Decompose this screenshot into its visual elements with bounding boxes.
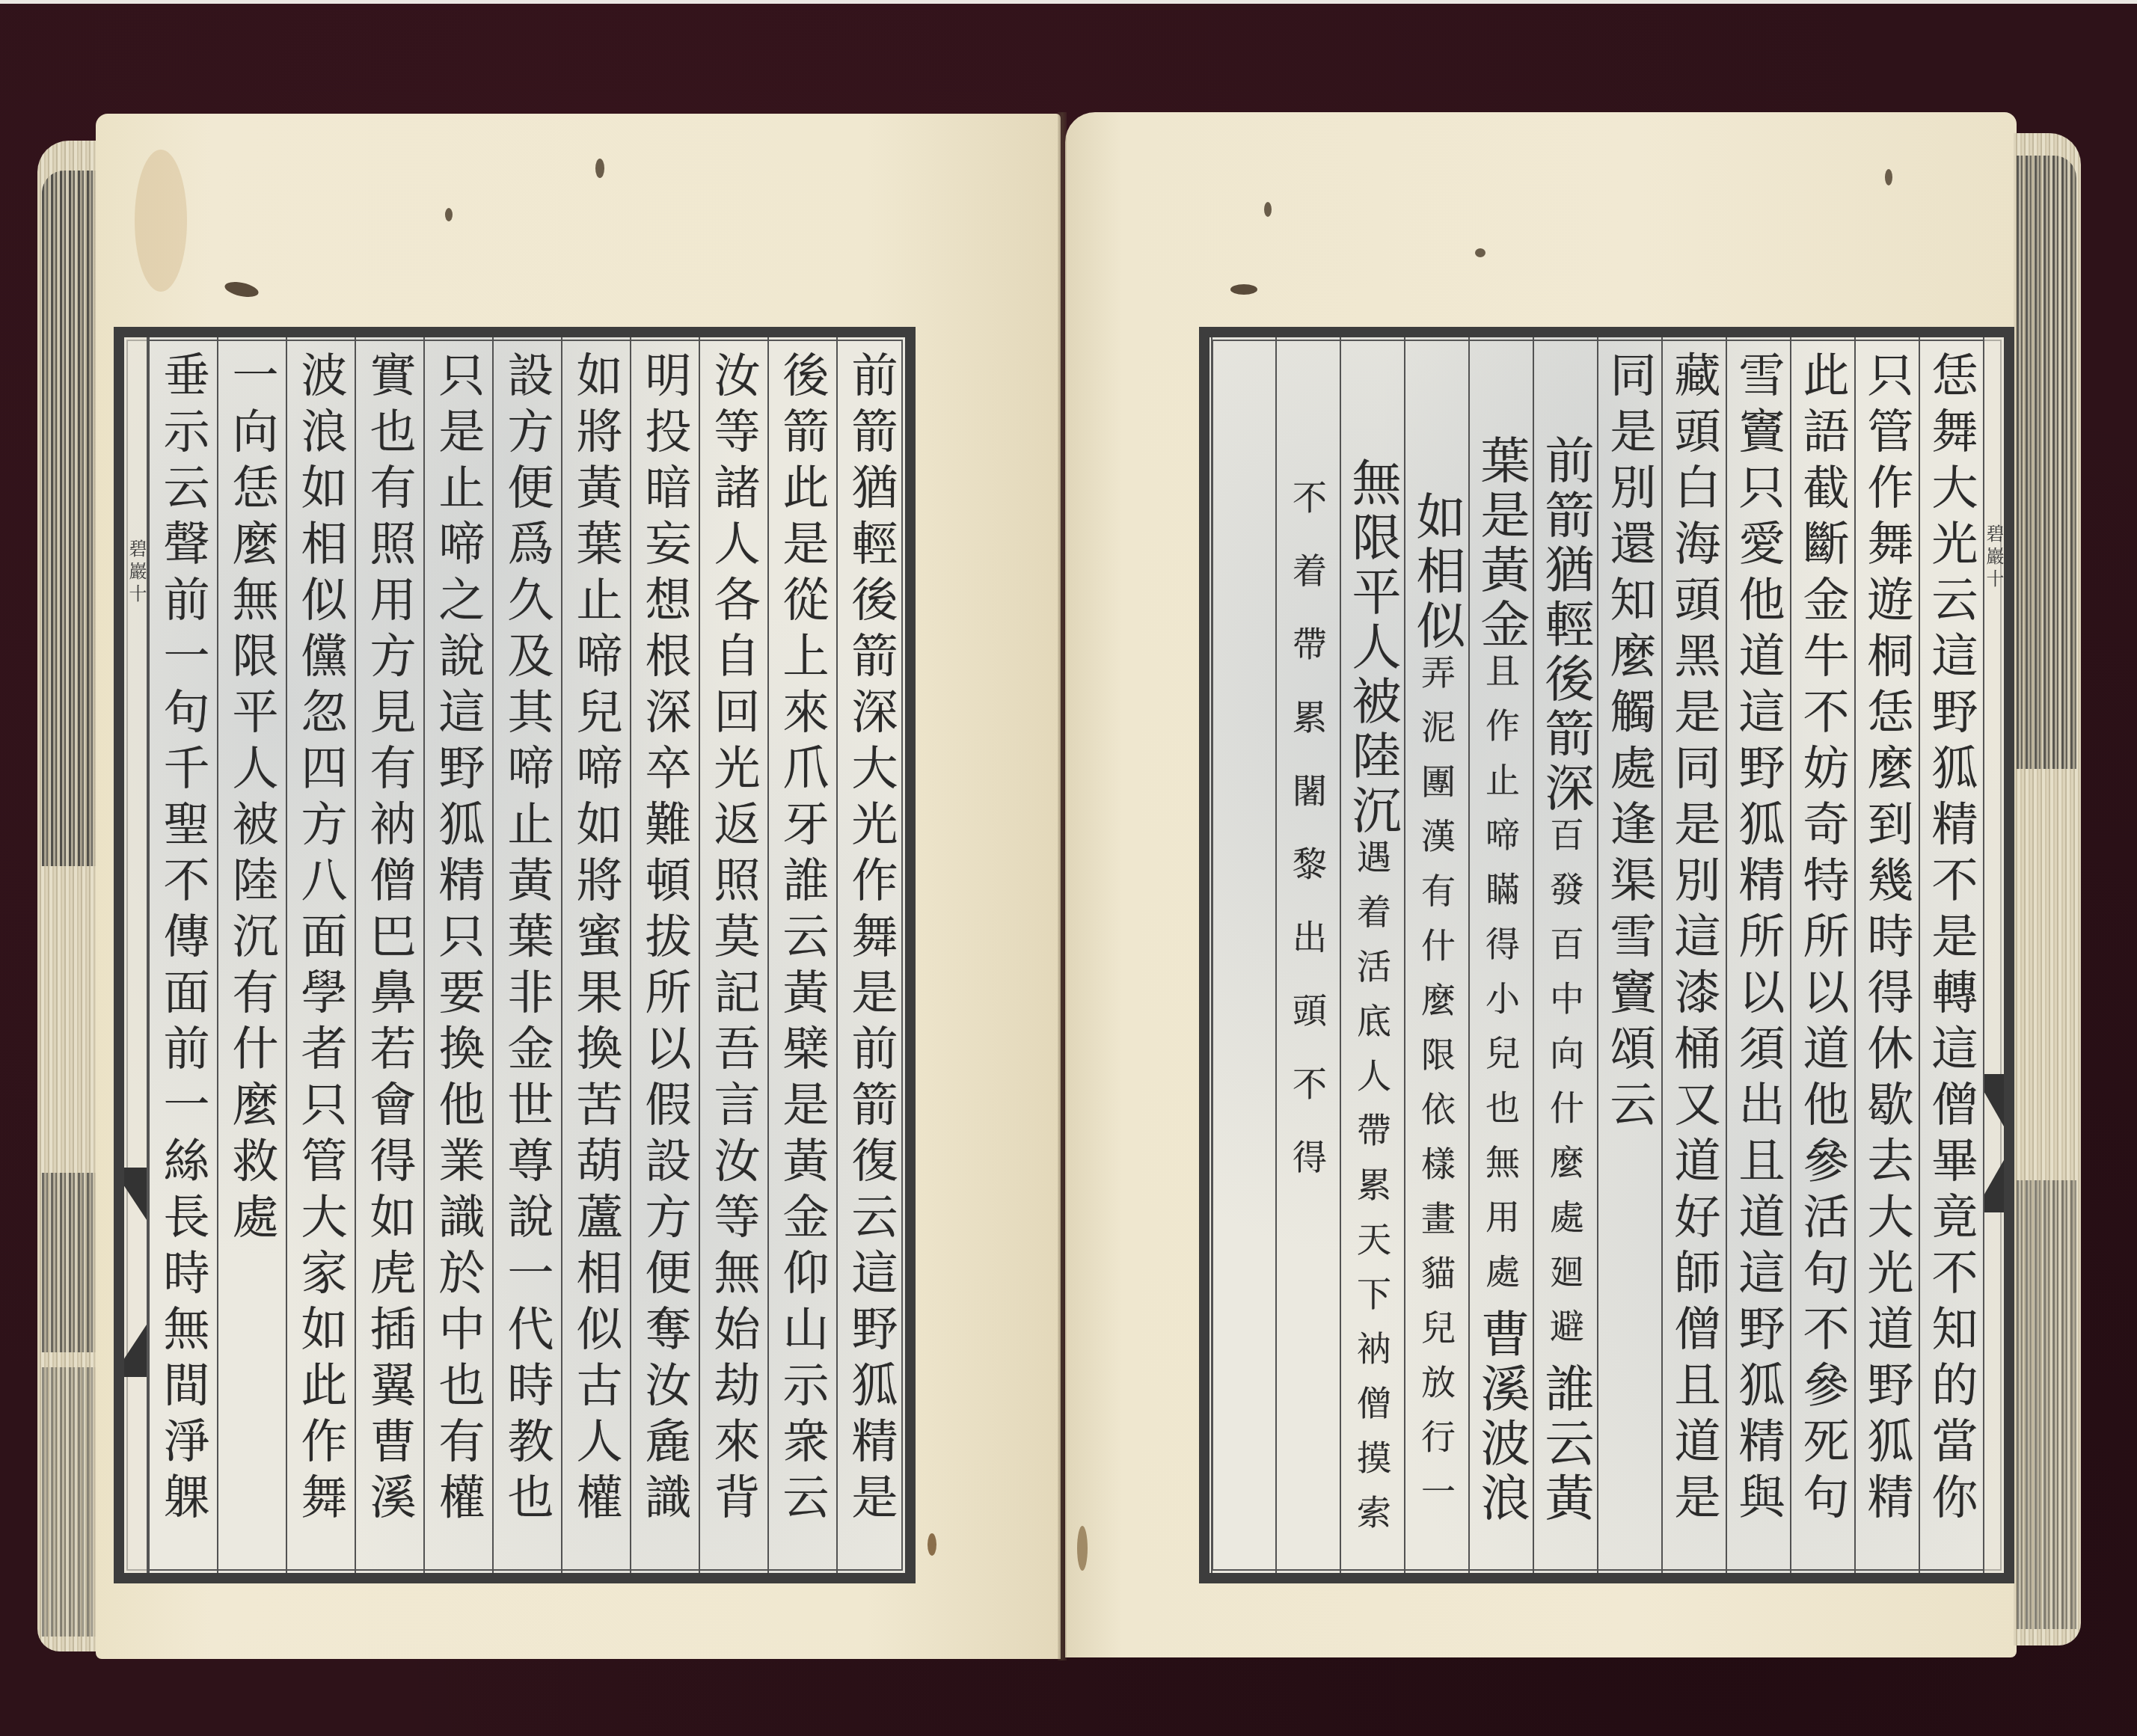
right-fore-edge [2014, 133, 2081, 1645]
torn-gutter-mark [1077, 1526, 1088, 1571]
book-photo-background: 碧巖十 前箭猶輕後箭深大光作舞是前箭復云這野狐精是 後箭此是從上來爪牙誰云黃檗是… [0, 0, 2137, 1736]
column-text: 設方便爲久及其啼止黃葉非金世尊說一代時教也 [500, 351, 554, 1529]
fore-edge-ink-band [2017, 1180, 2076, 1629]
commentary-text: 不着帶累闍黎出頭不得 [1287, 479, 1328, 1212]
text-column: 此語截斷金牛不妨奇特所以道他參活句不參死句 [1790, 337, 1854, 1573]
verse-text: 誰云黃 [1536, 1363, 1594, 1527]
column-text: 前箭猶輕後箭深大光作舞是前箭復云這野狐精是 [844, 351, 898, 1529]
commentary-text: 且作止啼瞞得小兒也無用處 [1480, 653, 1521, 1308]
column-text: 只是止啼之說這野狐精只要換他業識於中也有權 [431, 351, 485, 1529]
fore-edge-ink-band [2017, 156, 2076, 769]
column-text: 恁舞大光云這野狐精不是轉這僧畢竟不知的當你 [1924, 351, 1978, 1529]
wormhole-mark [928, 1533, 936, 1556]
column-text: 藏頭白海頭黑是同是別這漆桶又道好師僧且道是 [1667, 351, 1721, 1529]
column-text: 後箭此是從上來爪牙誰云黃檗是黃金仰山示衆云 [775, 351, 830, 1529]
verse-column: 如相似弄泥團漢有什麼限依樣畫貓兒放行一路 [1404, 337, 1468, 1573]
verse-text: 無限平人被陸沉 [1343, 457, 1401, 839]
wormhole-mark [1264, 202, 1272, 217]
text-column: 恁舞大光云這野狐精不是轉這僧畢竟不知的當你 [1919, 337, 1983, 1573]
text-column: 只管作舞遊桐恁麼到幾時得休歇去大光道野狐精 [1854, 337, 1919, 1573]
water-stain [135, 150, 187, 292]
left-center-fold-strip: 碧巖十 [124, 337, 148, 1573]
column-text: 同是別還知麼觸處逢渠雪竇頌云 [1602, 351, 1657, 1136]
text-column: 藏頭白海頭黑是同是別這漆桶又道好師僧且道是 [1661, 337, 1726, 1573]
right-text-columns: 恁舞大光云這野狐精不是轉這僧畢竟不知的當你 只管作舞遊桐恁麼到幾時得休歇去大光道… [1211, 337, 1983, 1573]
commentary-text: 百發百中向什麼處廻避 [1545, 817, 1585, 1363]
right-print-frame: 碧巖十 恁舞大光云這野狐精不是轉這僧畢竟不知的當你 只管作舞遊桐恁麼到幾時得休歇… [1199, 327, 2014, 1583]
fishtail-ornament [124, 1325, 147, 1377]
commentary-text: 遇着活底人帶累天下衲僧摸索 [1352, 839, 1392, 1549]
wormhole-mark [1885, 169, 1892, 185]
column-text: 此語截斷金牛不妨奇特所以道他參活句不參死句 [1795, 351, 1850, 1529]
wormhole-mark [1475, 248, 1486, 257]
text-column: 如將黃葉止啼兒啼如將蜜果換苦葫蘆相似古人權 [561, 337, 630, 1573]
fore-edge-ink-band [42, 171, 102, 866]
text-column: 只是止啼之說這野狐精只要換他業識於中也有權 [423, 337, 492, 1573]
text-column: 前箭猶輕後箭深大光作舞是前箭復云這野狐精是 [836, 337, 905, 1573]
fore-edge-ink-band [42, 1173, 102, 1352]
margin-title-label: 碧巖十 [1984, 524, 2004, 592]
column-text: 雪竇只愛他道這野狐精所以須出且道這野狐精與 [1731, 351, 1785, 1529]
fishtail-ornament [1984, 1160, 2004, 1212]
column-text: 汝等諸人各自回光返照莫記吾言汝等無始劫來背 [706, 351, 761, 1529]
text-column-pointer-heading: 垂示云聲前一句千聖不傳面前一絲長時無間淨躶 [148, 337, 217, 1573]
text-column: 實也有照用方見有衲僧巴鼻若會得如虎插翼曹溪 [355, 337, 423, 1573]
text-column: 一向恁麼無限平人被陸沉有什麼救處 [217, 337, 286, 1573]
verse-column: 前箭猶輕後箭深百發百中向什麼處廻避誰云黃 [1533, 337, 1597, 1573]
verse-text: 曹溪波浪 [1472, 1308, 1530, 1527]
text-column: 設方便爲久及其啼止黃葉非金世尊說一代時教也 [492, 337, 561, 1573]
fore-edge-ink-band [42, 1367, 102, 1637]
verse-column: 無限平人被陸沉遇着活底人帶累天下衲僧摸索 [1340, 337, 1404, 1573]
verse-text: 前箭猶輕後箭深 [1536, 435, 1594, 817]
margin-title-label: 碧巖十 [124, 539, 147, 607]
commentary-column: 不着帶累闍黎出頭不得 [1275, 337, 1340, 1573]
column-text: 垂示云聲前一句千聖不傳面前一絲長時無間淨躶 [156, 351, 210, 1529]
column-text: 波浪如相似儻忽四方八面學者只管大家如此作舞 [293, 351, 348, 1529]
wormhole-mark [445, 208, 453, 221]
wormhole-mark [595, 159, 604, 178]
scan-top-edge [0, 0, 2137, 4]
left-print-frame: 碧巖十 前箭猶輕後箭深大光作舞是前箭復云這野狐精是 後箭此是從上來爪牙誰云黃檗是… [114, 327, 916, 1583]
column-text: 只管作舞遊桐恁麼到幾時得休歇去大光道野狐精 [1859, 351, 1914, 1529]
fishtail-ornament [1984, 1074, 2004, 1126]
fishtail-ornament [124, 1168, 147, 1220]
column-text: 實也有照用方見有衲僧巴鼻若會得如虎插翼曹溪 [362, 351, 417, 1529]
wormhole-mark [1230, 284, 1257, 295]
column-text: 一向恁麼無限平人被陸沉有什麼救處 [224, 351, 279, 1248]
left-text-columns: 前箭猶輕後箭深大光作舞是前箭復云這野狐精是 後箭此是從上來爪牙誰云黃檗是黃金仰山… [148, 337, 905, 1573]
right-center-fold-strip: 碧巖十 [1983, 337, 2004, 1573]
text-column: 波浪如相似儻忽四方八面學者只管大家如此作舞 [286, 337, 355, 1573]
verse-text: 葉是黃金 [1472, 435, 1530, 653]
text-column: 同是別還知麼觸處逢渠雪竇頌云 [1597, 337, 1661, 1573]
empty-column [1211, 337, 1275, 1573]
verse-column: 葉是黃金且作止啼瞞得小兒也無用處曹溪波浪 [1468, 337, 1533, 1573]
column-text: 明投暗妄想根深卒難頓拔所以假設方便奪汝麁識 [637, 351, 692, 1529]
text-column: 後箭此是從上來爪牙誰云黃檗是黃金仰山示衆云 [767, 337, 836, 1573]
verse-text: 如相似 [1408, 491, 1465, 654]
text-column: 汝等諸人各自回光返照莫記吾言汝等無始劫來背 [699, 337, 767, 1573]
center-gutter [1058, 112, 1067, 1660]
text-column: 明投暗妄想根深卒難頓拔所以假設方便奪汝麁識 [630, 337, 699, 1573]
column-text: 如將黃葉止啼兒啼如將蜜果換苦葫蘆相似古人權 [568, 351, 623, 1529]
text-column: 雪竇只愛他道這野狐精所以須出且道這野狐精與 [1726, 337, 1790, 1573]
